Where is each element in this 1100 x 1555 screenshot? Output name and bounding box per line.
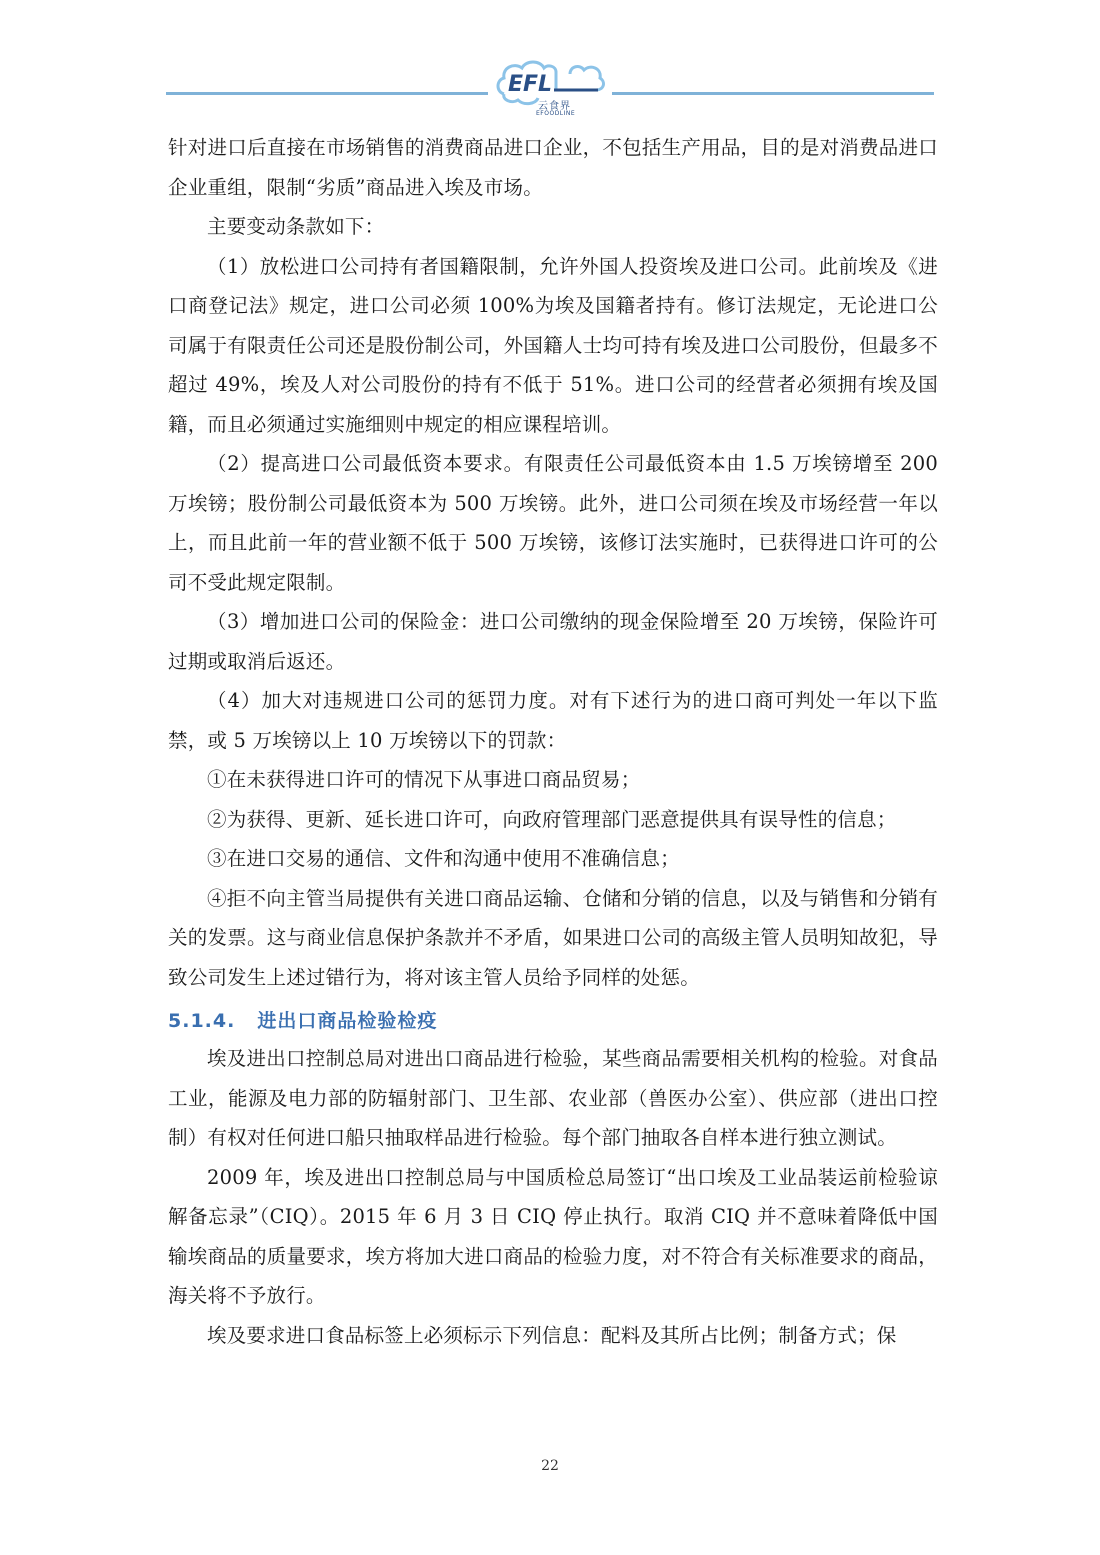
document-body: 针对进口后直接在市场销售的消费商品进口企业，不包括生产用品，目的是对消费品进口企… [168, 128, 938, 1355]
paragraph: 主要变动条款如下： [168, 207, 938, 247]
svg-text:EFL: EFL [508, 72, 552, 97]
list-item: ③在进口交易的通信、文件和沟通中使用不准确信息； [168, 839, 938, 879]
paragraph: 2009 年，埃及进出口控制总局与中国质检总局签订“出口埃及工业品装运前检验谅解… [168, 1158, 938, 1316]
list-item: ④拒不向主管当局提供有关进口商品运输、仓储和分销的信息，以及与销售和分销有关的发… [168, 879, 938, 998]
header-rule-left [166, 92, 488, 95]
page-number: 22 [0, 1458, 1100, 1474]
efoodline-logo: EFL 云食界 EFOODLINE [496, 58, 608, 124]
clause-2-paragraph: （2）提高进口公司最低资本要求。有限责任公司最低资本由 1.5 万埃镑增至 20… [168, 444, 938, 602]
header-rule-right [612, 92, 934, 95]
clause-3-paragraph: （3）增加进口公司的保险金：进口公司缴纳的现金保险增至 20 万埃镑，保险许可过… [168, 602, 938, 681]
clause-1-paragraph: （1）放松进口公司持有者国籍限制，允许外国人投资埃及进口公司。此前埃及《进口商登… [168, 247, 938, 445]
clause-4-paragraph: （4）加大对违规进口公司的惩罚力度。对有下述行为的进口商可判处一年以下监禁，或 … [168, 681, 938, 760]
section-title: 进出口商品检验检疫 [257, 1010, 437, 1032]
logo-english-text: EFOODLINE [536, 110, 575, 117]
list-item: ①在未获得进口许可的情况下从事进口商品贸易； [168, 760, 938, 800]
page-header: EFL 云食界 EFOODLINE [0, 0, 1100, 130]
paragraph: 埃及进出口控制总局对进出口商品进行检验，某些商品需要相关机构的检验。对食品工业，… [168, 1039, 938, 1158]
paragraph: 埃及要求进口食品标签上必须标示下列信息：配料及其所占比例；制备方式；保 [168, 1316, 938, 1356]
paragraph: 针对进口后直接在市场销售的消费商品进口企业，不包括生产用品，目的是对消费品进口企… [168, 128, 938, 207]
section-heading: 5.1.4.进出口商品检验检疫 [168, 1003, 938, 1039]
list-item: ②为获得、更新、延长进口许可，向政府管理部门恶意提供具有误导性的信息； [168, 800, 938, 840]
section-number: 5.1.4. [168, 1010, 235, 1032]
